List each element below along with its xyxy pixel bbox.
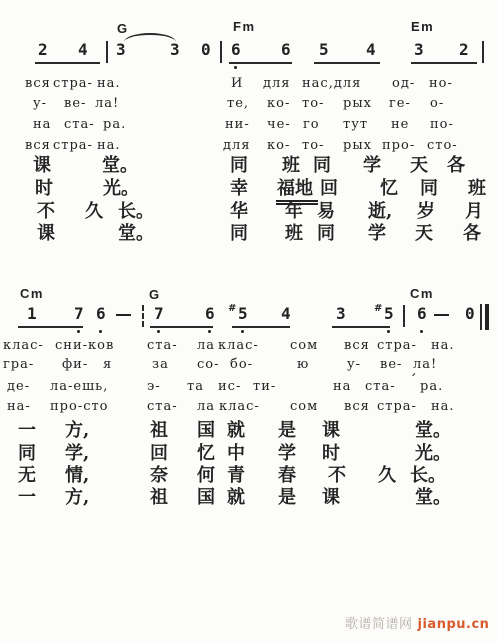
barline [142,305,144,327]
lyric-syllable: 学 [368,225,386,243]
lyric-syllable: ге- [389,97,411,110]
lyric-syllable: 学 [278,445,296,463]
lyric-syllable: 就 [227,422,245,440]
lyric-syllable: сом [290,400,318,413]
lyric-syllable: 祖 [150,422,168,440]
lyric-syllable: тут [343,118,368,131]
note-digit: 4 [281,306,291,322]
lyric-syllable: 国 [197,489,215,507]
lyric-syllable: де- [7,380,30,393]
lyric-syllable: 班 [282,157,300,175]
lyric-syllable: 方, [65,489,89,507]
note-digit: 4 [78,42,88,58]
lyric-syllable: 班 [285,225,303,243]
lyric-syllable: 不 [328,467,346,485]
sharp-icon: # [374,304,382,314]
lyric-syllable: ве- [64,97,86,110]
final-barline-thin [480,304,482,330]
lyric-syllable: 久 [378,467,396,485]
lyric-syllable: 何 [197,467,215,485]
lyric-syllable: 各 [447,157,465,175]
lyric-syllable: ста- [64,118,95,131]
lyric-syllable: стра- [377,400,417,413]
note-digit: 6 [281,42,291,58]
lyric-syllable: 方, [65,422,89,440]
lyric-syllable: клас- [219,400,260,413]
duration-beam [229,62,292,64]
note-digit: 3 [336,306,346,322]
lyric-syllable: 同 [420,180,438,198]
barline [220,41,222,63]
note-digit: 2 [38,42,48,58]
lyric-syllable: 堂。 [102,157,138,175]
lyric-syllable: ис- [218,380,241,393]
lyric-syllable: стра- [53,139,93,152]
lyric-syllable: ни- [225,118,250,131]
duration-beam [18,326,83,328]
lyric-syllable: 同 [18,445,36,463]
lyric-syllable: че- [267,118,291,131]
octave-dot [241,330,244,333]
final-barline-thick [485,304,489,330]
lyric-syllable: 春 [278,467,296,485]
lyric-syllable: 岁 [417,203,435,221]
stress-accent-mark: ´ [410,374,417,387]
lyric-syllable: 就 [227,489,245,507]
lyric-syllable: на. [431,339,455,352]
lyric-syllable: гра- [3,358,34,371]
octave-dot [208,330,211,333]
lyric-syllable: 福地 [277,180,313,198]
note-digit: 1 [27,306,37,322]
lyric-syllable: 课 [322,422,340,440]
watermark-site-name: 歌谱简谱网 [345,617,413,632]
lyric-syllable: стра- [53,77,93,90]
barline [482,41,484,63]
lyric-syllable: ла [197,400,215,413]
lyric-syllable: 幸 [230,180,248,198]
chord-label: Cm [20,287,44,300]
lyric-syllable: стра- [377,339,417,352]
lyric-syllable: 同 [230,225,248,243]
tie-arc [124,33,176,44]
lyric-syllable: 不 [37,203,55,221]
lyric-syllable: 课 [33,157,51,175]
octave-dot [99,330,102,333]
chord-label: Cm [410,287,434,300]
duration-beam [35,62,100,64]
lyric-syllable: рых [343,139,372,152]
lyric-syllable: ла [197,339,215,352]
lyric-syllable: 无 [18,467,36,485]
lyric-syllable: ти- [253,380,276,393]
lyric-syllable: то- [302,139,324,152]
chord-label: Em [411,20,434,33]
octave-dot [387,330,390,333]
note-digit: 0 [465,306,475,322]
lyric-syllable: 祖 [150,489,168,507]
lyric-syllable: ла! [413,358,437,371]
watermark: 歌谱简谱网jianpu.cn [345,613,489,632]
note-digit: 5 [238,306,248,322]
note-digit: 2 [459,42,469,58]
lyric-syllable: 同 [313,157,331,175]
lyric-syllable: 年 [285,203,303,221]
lyric-syllable: 各 [463,225,481,243]
note-digit: 0 [201,42,211,58]
lyric-syllable: не [391,118,409,131]
lyric-syllable: 光。 [103,180,139,198]
lyric-syllable: ра. [103,118,126,131]
lyric-syllable: но- [429,77,453,90]
note-digit: 5 [319,42,329,58]
octave-dot [234,66,237,69]
lyric-syllable: на [333,380,351,393]
note-digit: 6 [231,42,241,58]
lyric-syllable: 一 [18,422,36,440]
lyric-syllable: ста- [365,380,396,393]
lyric-syllable: на. [97,139,121,152]
lyric-syllable: ра. [420,380,443,393]
lyric-syllable: для [263,77,290,90]
lyric-syllable: вся [344,400,370,413]
lyric-syllable: 同 [317,225,335,243]
lyric-syllable: од- [392,77,415,90]
note-digit: 6 [96,306,106,322]
lyric-syllable: сто- [427,139,458,152]
note-digit: 6 [417,306,427,322]
lyric-syllable: у- [347,358,361,371]
half-note-dash [434,314,449,316]
lyric-syllable: 是 [278,489,296,507]
score-page: GFmEm24330665432всястра-на.Идлянас,дляод… [0,0,497,643]
lyric-syllable: сом [290,339,318,352]
lyric-syllable: 堂。 [415,489,451,507]
note-digit: 5 [384,306,394,322]
lyric-syllable: 光。 [415,445,451,463]
lyric-syllable: на [33,118,51,131]
watermark-site-url: jianpu.cn [418,617,490,632]
barline [106,41,108,63]
octave-dot [77,330,80,333]
lyric-syllable: 是 [278,422,296,440]
lyric-syllable: 同 [230,157,248,175]
lyric-syllable: клас- [218,339,259,352]
lyric-syllable: на. [97,77,121,90]
lyric-syllable: вся [25,139,51,152]
lyric-syllable: за [152,358,169,371]
octave-dot [420,330,423,333]
lyric-syllable: ста- [147,339,178,352]
lyric-syllable: 学, [65,445,89,463]
lyric-syllable: 华 [230,203,248,221]
lyric-syllable: ла! [95,97,119,110]
lyric-syllable: 回 [320,180,338,198]
lyric-syllable: та [187,380,204,393]
lyric-syllable: 国 [197,422,215,440]
lyric-syllable: 时 [322,445,340,463]
lyric-syllable: 忆 [197,445,215,463]
lyric-syllable: ве- [380,358,402,371]
barline [403,305,405,327]
lyric-syllable: клас- [3,339,44,352]
lyric-syllable: 忆 [380,180,398,198]
lyric-syllable: 时 [35,180,53,198]
lyric-syllable: 情, [65,467,89,485]
sharp-icon: # [228,304,236,314]
lyric-syllable: ко- [267,139,290,152]
lyric-syllable: про- [382,139,415,152]
lyric-syllable: э- [147,380,161,393]
duration-beam [411,62,477,64]
lyric-syllable: го [303,118,320,131]
lyric-syllable: рых [343,97,372,110]
lyric-syllable: на- [7,400,31,413]
lyric-syllable: 青 [227,467,245,485]
lyric-syllable: 堂。 [118,225,154,243]
lyric-syllable: нас,для [302,77,361,90]
lyric-syllable: у- [33,97,47,110]
lyric-syllable: то- [302,97,324,110]
duration-beam [332,326,390,328]
lyric-syllable: 长。 [118,203,154,221]
lyric-syllable: вся [344,339,370,352]
lyric-syllable: 月 [465,203,483,221]
lyric-syllable: на. [431,400,455,413]
lyric-syllable: 久 [85,203,103,221]
lyric-syllable: 一 [18,489,36,507]
note-digit: 3 [116,42,126,58]
lyric-syllable: фи- [62,358,88,371]
lyric-syllable: 易 [317,203,335,221]
lyric-syllable: 回 [150,445,168,463]
lyric-syllable: я [103,358,112,371]
lyric-syllable: 中 [227,445,245,463]
chord-label: Fm [233,20,256,33]
lyric-syllable: 长。 [410,467,446,485]
lyric-syllable: бо- [230,358,253,371]
lyric-syllable: со- [197,358,220,371]
lyric-syllable: 学 [363,157,381,175]
lyric-syllable: ста- [147,400,178,413]
lyric-syllable: ю [297,358,309,371]
lyric-syllable: про-сто [50,400,109,413]
lyric-syllable: ко- [267,97,290,110]
duration-beam [150,326,213,328]
chord-label: G [117,22,129,35]
note-digit: 3 [414,42,424,58]
emphasis-double-underline [276,200,318,202]
lyric-syllable: 班 [468,180,486,198]
lyric-syllable: те, [227,97,249,110]
lyric-syllable: 天 [415,225,433,243]
lyric-syllable: по- [430,118,454,131]
note-digit: 3 [170,42,180,58]
note-digit: 7 [74,306,84,322]
lyric-syllable: 奈 [150,467,168,485]
lyric-syllable: 天 [410,157,428,175]
duration-beam [232,326,290,328]
lyric-syllable: вся [25,77,51,90]
octave-dot [157,330,160,333]
chord-label: G [149,288,161,301]
half-note-dash [116,314,131,316]
note-digit: 6 [205,306,215,322]
lyric-syllable: 堂。 [415,422,451,440]
note-digit: 4 [366,42,376,58]
lyric-syllable: для [223,139,250,152]
lyric-syllable: 逝, [368,203,392,221]
duration-beam [314,62,380,64]
lyric-syllable: сни-ков [55,339,114,352]
note-digit: 7 [154,306,164,322]
lyric-syllable: 课 [322,489,340,507]
lyric-syllable: о- [430,97,444,110]
lyric-syllable: ла-ешь, [50,380,108,393]
lyric-syllable: 课 [37,225,55,243]
lyric-syllable: И [231,77,243,90]
